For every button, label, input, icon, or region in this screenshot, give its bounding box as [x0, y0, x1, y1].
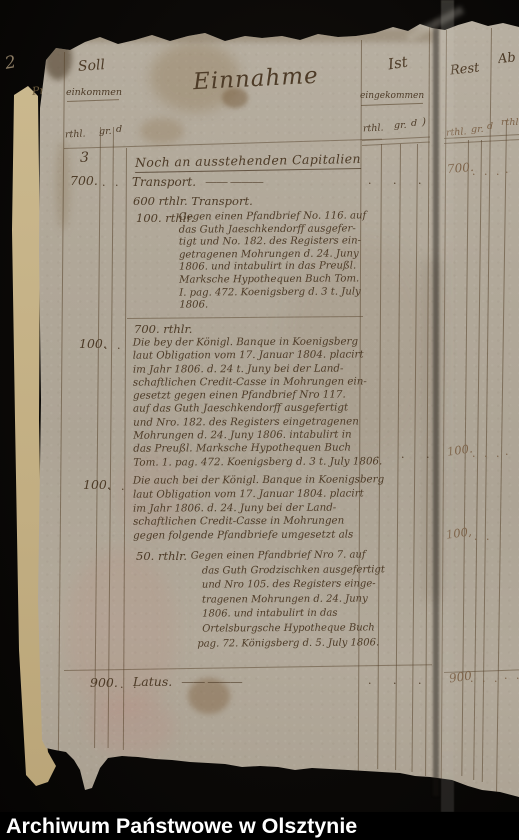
currency-unit-thaler: rthl. — [501, 117, 518, 128]
currency-unit-groschen: gr. — [99, 126, 112, 137]
ledger-dash: —— ——— — [181, 674, 241, 689]
entry-line: im Jahr 1806. d. 24. Juny bei der Land- — [133, 501, 384, 516]
margin-flourish: 2 — [3, 52, 17, 74]
entry-line: 1806. und intabulirt in das — [202, 607, 385, 623]
entry-line: Die bey der Königl. Banque in Koenigsber… — [133, 335, 382, 350]
rest-zero-dots: · · · — [472, 450, 499, 463]
entry-line: Gegen einen Pfandbrief No. 116. auf — [179, 210, 367, 224]
column-header-ist-sub: eingekommen — [360, 91, 424, 101]
currency-unit-pfennig: d — [487, 121, 493, 132]
entry-line: I. pag. 472. Koenigsberg d. 3 t. July — [179, 286, 367, 300]
archive-photo: 2 Pro — [0, 0, 519, 840]
rest-zero-dots: · · — [474, 533, 490, 546]
entry-line: Tom. 1. pag. 472. Koenigsberg d. 3 t. Ju… — [133, 455, 382, 470]
entry-line: das Preußl. Marksche Hypothequen Buch — [133, 442, 382, 457]
paper-stain — [88, 696, 174, 756]
archive-caption-bar: Archiwum Państwowe w Olsztynie — [0, 812, 519, 840]
entry-line: und Nro 105. des Registers einge- — [202, 578, 385, 594]
currency-unit-pfennig: d — [411, 118, 417, 129]
entry-line: Gegen einen Pfandbrief Nro 7. auf — [191, 548, 385, 564]
column-header-ist: Ist — [387, 53, 409, 74]
currency-unit-groschen: gr. — [394, 120, 407, 131]
entry-line: schaftlichen Credit-Casse in Mohrungen e… — [133, 375, 382, 390]
next-page-dot: · — [505, 166, 509, 179]
entry-line: tigt und No. 182. des Registers ein- — [179, 236, 367, 250]
ruled-line-horizontal — [64, 139, 382, 149]
entry-paragraph: Die auch bei der Königl. Banque in Koeni… — [133, 473, 385, 543]
soll-amount: 900. — [90, 675, 118, 690]
entry-line: schaftlichen Credit-Casse in Mohrungen — [133, 515, 384, 530]
ruled-line-horizontal — [362, 136, 430, 141]
entry-paragraph: Gegen einen Pfandbrief Nro 7. auf das Gu… — [191, 548, 386, 652]
page-title: Einnahme — [192, 63, 319, 96]
currency-unit-thaler: rthl. — [363, 122, 384, 134]
soll-amount: 700. — [70, 173, 98, 188]
fold-shadow — [433, 18, 439, 796]
next-page-dot: · · — [504, 672, 519, 685]
soll-amount: 100. — [79, 336, 107, 351]
label-underline — [67, 99, 119, 102]
entry-line: auf das Guth Jaeschkendorff ausgefertigt — [133, 402, 382, 417]
latus-row: Latus.—— ——— — [133, 674, 242, 689]
ledger-dash: —— ——— — [205, 175, 263, 189]
currency-unit-thaler: rthl. — [65, 128, 86, 140]
ist-zero-dots: · · · — [368, 677, 421, 690]
soll-zero-dots: · · — [102, 179, 119, 192]
next-page-dot: · — [505, 448, 509, 461]
currency-unit-groschen: gr. — [471, 124, 484, 135]
archive-caption: Archiwum Państwowe w Olsztynie — [0, 812, 519, 840]
transport-sum-row: 600 rthlr. Transport. — [133, 194, 253, 208]
latus-label: Latus. — [133, 674, 172, 689]
folio-number: 3 — [80, 150, 89, 166]
rest-zero-dots: · · · — [470, 675, 497, 688]
entry-line: laut Obligation vom 17. Januar 1804. pla… — [133, 349, 382, 364]
currency-flourish: ) — [422, 117, 426, 128]
entry-amount: 700. rthlr. — [134, 322, 192, 336]
ruled-line-horizontal — [362, 141, 430, 146]
transport-label: Transport. — [132, 175, 196, 189]
paper-stain — [64, 28, 434, 42]
entry-line: gegen folgende Pfandbriefe umgesetzt als — [133, 529, 384, 544]
ist-zero-dots: · · · — [376, 451, 429, 464]
soll-zero-dots: · · — [108, 483, 125, 496]
ist-zero-dots: · · · — [368, 177, 421, 190]
entry-amount: 50. rthlr. — [136, 549, 187, 563]
entry-line: Marksche Hypothequen Buch Tom. — [179, 273, 367, 287]
soll-zero-dots: · · — [104, 342, 121, 355]
entry-line: gesetzt gegen einen Pfandbrief Nro 117. — [133, 389, 382, 404]
entry-line: im Jahr 1806. d. 24 t. Juny bei der Land… — [133, 362, 382, 377]
entry-line: tragenen Mohrungen d. 24. Juny — [202, 592, 385, 608]
entry-line: laut Obligation vom 17. Januar 1804. pla… — [133, 487, 384, 502]
soll-amount: 100. — [83, 477, 111, 492]
glare-strip — [441, 0, 454, 812]
entry-line: das Guth Grodzischken ausgefertigt — [202, 563, 385, 579]
column-header-next-page: Ab — [497, 50, 519, 67]
entry-paragraph: Gegen einen Pfandbrief No. 116. auf das … — [179, 210, 367, 312]
paper-stain — [44, 36, 72, 80]
section-heading: Noch an ausstehenden Capitalien — [135, 151, 361, 173]
currency-unit-pfennig: d — [116, 124, 122, 135]
column-header-soll-sub: einkommen — [66, 87, 122, 98]
paper-stain — [140, 118, 184, 144]
rest-zero-dots: · · · — [472, 168, 499, 181]
transport-row: Transport.—— ——— — [132, 175, 263, 189]
label-underline — [361, 103, 423, 106]
entry-line: und Nro. 182. des Registers eingetragene… — [133, 415, 382, 430]
entry-line: Mohrungen d. 24. Juny 1806. intabulirt i… — [133, 428, 382, 443]
entry-line: 1806. — [179, 299, 367, 313]
entry-line: Die auch bei der Königl. Banque in Koeni… — [133, 473, 384, 488]
entry-line: pag. 72. Königsberg d. 5. July 1806. — [197, 636, 385, 652]
column-header-soll: Soll — [77, 57, 105, 75]
entry-line: Ortelsburgsche Hypotheque Buch — [202, 621, 385, 637]
entry-paragraph: Die bey der Königl. Banque in Koenigsber… — [133, 335, 383, 469]
